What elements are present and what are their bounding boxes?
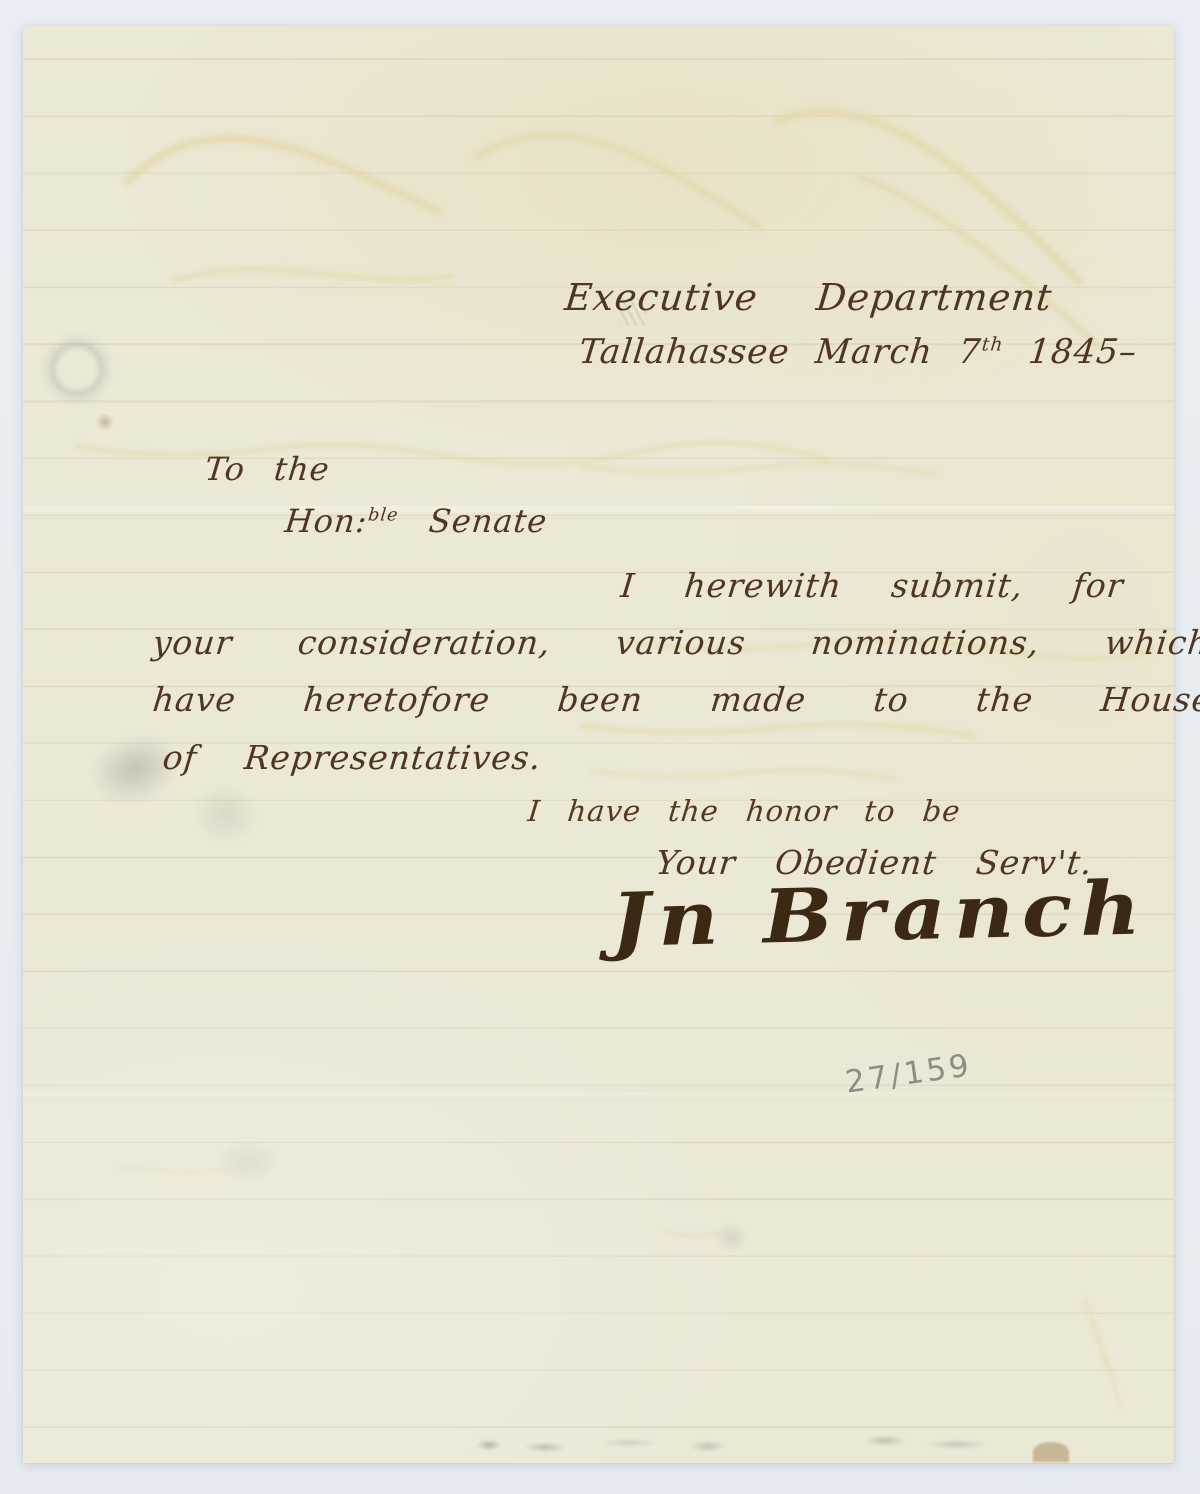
salutation-senate: Hon:ble Senate	[283, 502, 549, 540]
salutation-abbrev: Hon:	[283, 502, 370, 540]
body-line-3: have heretofore been made to the House	[151, 680, 1200, 719]
heading-department-text: Executive Department	[563, 276, 1055, 319]
body-line-1-text: I herewith submit, for	[619, 566, 1126, 605]
heading-department: Executive Department	[563, 276, 1055, 319]
scan-background: Executive Department Tallahassee March 7…	[0, 0, 1200, 1494]
salutation-superscript: ble	[367, 505, 399, 525]
body-line-4: of Representatives.	[161, 738, 544, 777]
signature: Jn Branch	[610, 865, 1150, 964]
body-line-4-text: of Representatives.	[161, 738, 544, 777]
dateline-superscript: th	[981, 335, 1005, 356]
letter-page: Executive Department Tallahassee March 7…	[23, 26, 1174, 1463]
salutation-rest: Senate	[396, 502, 550, 540]
dateline-post: 1845–	[1001, 332, 1140, 372]
dateline-pre: Tallahassee March 7	[577, 332, 983, 372]
body-line-2: your consideration, various nominations,…	[151, 623, 1200, 662]
fold-crease	[23, 506, 1174, 519]
body-line-1: I herewith submit, for	[619, 566, 1126, 605]
body-line-2-text: your consideration, various nominations,…	[151, 623, 1200, 662]
fold-crease	[23, 1092, 1174, 1101]
salutation-to-the: To the	[203, 450, 332, 488]
signature-text: Jn Branch	[610, 865, 1150, 964]
closing-honor-line: I have the honor to be	[526, 794, 962, 828]
bottom-edge-stain	[1033, 1442, 1069, 1462]
salutation-text: To the	[203, 450, 332, 488]
closing-honor-text: I have the honor to be	[526, 794, 962, 828]
heading-place-date: Tallahassee March 7th 1845–	[577, 332, 1139, 372]
body-line-3-text: have heretofore been made to the House	[151, 680, 1200, 719]
